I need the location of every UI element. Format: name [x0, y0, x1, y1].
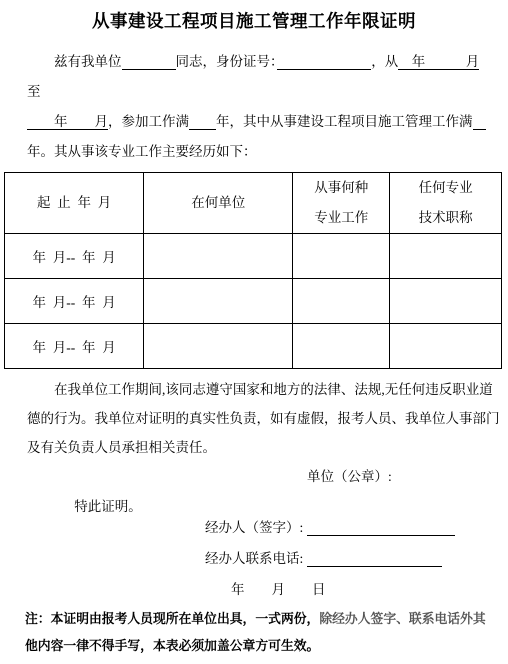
column-header: 任何专业技术职称 — [390, 173, 502, 234]
document-body: 兹有我单位 同志，身份证号： ，从 年 月 至 年 月，参加工作满 年，其中从事… — [27, 47, 501, 660]
intro-paragraph: 兹有我单位 同志，身份证号： ，从 年 月 至 年 月，参加工作满 年，其中从事… — [27, 47, 501, 167]
column-header-line: 任何专业 — [390, 173, 501, 203]
text-segment: 经办人（签字）: — [205, 520, 307, 535]
signature-block: 经办人（签字）: 经办人联系电话: 年 月 日 — [27, 512, 501, 605]
text-segment: 年。其从事该专业工作主要经历如下： — [27, 144, 257, 159]
period-cell: 年 月-- 年 月 — [5, 234, 144, 279]
period-cell: 年 月-- 年 月 — [5, 324, 144, 369]
column-header-line: 技术职称 — [390, 203, 501, 233]
intro-line-3: 年 月，参加工作满 年，其中从事建设工程项目施工管理工作满 — [27, 107, 501, 137]
empty-cell — [390, 279, 502, 324]
text-segment: 除经办人签字、联系电话外其 — [319, 612, 485, 626]
text-segment: 他内容一律不得手写，本表必须加盖公章方可生效。 — [25, 639, 319, 653]
responsibility-statement: 在我单位工作期间,该同志遵守国家和地方的法律、法规,无任何违反职业道德的行为。我… — [27, 375, 501, 462]
text-segment: 经办人联系电话: — [205, 551, 307, 566]
empty-cell — [144, 234, 293, 279]
blank-underline-field — [277, 54, 372, 70]
column-header-line: 从事何种 — [293, 173, 389, 203]
paragraph-line: 德的行为。我单位对证明的真实性负责，如有虚假，报考人员、我单位人事部门 — [27, 404, 501, 433]
column-header: 起 止 年 月 — [5, 173, 144, 234]
certify-line: 特此证明。 单位（公章）: — [27, 462, 501, 492]
text-segment: 兹有我单位 — [54, 54, 122, 69]
empty-cell — [144, 279, 293, 324]
footnote: 注：本证明由报考人员现所在单位出具，一式两份，除经办人签字、联系电话外其 他内容… — [25, 606, 501, 660]
column-header-line: 起 止 年 月 — [5, 188, 143, 218]
text-segment: ，参加工作满 — [108, 114, 189, 129]
text-segment: 注：本证明由报考人员现所在单位出具，一式两份， — [25, 612, 319, 626]
text-segment: 至 — [27, 84, 41, 99]
text-segment: ，从 — [371, 54, 398, 69]
blank-underline-field — [122, 54, 176, 70]
footnote-line-1: 注：本证明由报考人员现所在单位出具，一式两份，除经办人签字、联系电话外其 — [25, 606, 501, 633]
document-title: 从事建设工程项目施工管理工作年限证明 — [0, 0, 508, 33]
column-header-line: 在何单位 — [144, 188, 292, 218]
empty-cell — [390, 234, 502, 279]
unit-seal-label: 单位（公章）: — [307, 462, 392, 492]
empty-cell — [144, 324, 293, 369]
column-header: 从事何种专业工作 — [293, 173, 390, 234]
intro-line-1: 兹有我单位 同志，身份证号： ，从 年 月 — [27, 47, 501, 77]
table-row: 年 月-- 年 月 — [5, 279, 502, 324]
blank-underline-field — [307, 520, 456, 536]
table-row: 年 月-- 年 月 — [5, 234, 502, 279]
date-line: 年 月 日 — [231, 574, 501, 605]
blank-underline-field: 年 月 — [27, 114, 108, 130]
blank-underline-field: 年 月 — [398, 54, 479, 70]
column-header: 在何单位 — [144, 173, 293, 234]
certify-text: 特此证明。 — [74, 499, 142, 514]
period-cell: 年 月-- 年 月 — [5, 279, 144, 324]
empty-cell — [293, 324, 390, 369]
footnote-line-2: 他内容一律不得手写，本表必须加盖公章方可生效。 — [25, 633, 501, 660]
empty-cell — [293, 279, 390, 324]
paragraph-line: 及有关负责人员承担相关责任。 — [27, 433, 501, 462]
blank-underline-field — [473, 114, 487, 130]
table-body: 年 月-- 年 月年 月-- 年 月年 月-- 年 月 — [5, 234, 502, 369]
empty-cell — [390, 324, 502, 369]
work-experience-table: 起 止 年 月在何单位从事何种专业工作任何专业技术职称 年 月-- 年 月年 月… — [4, 172, 502, 369]
intro-line-2: 至 — [27, 77, 501, 107]
column-header-line: 专业工作 — [293, 203, 389, 233]
paragraph-line: 在我单位工作期间,该同志遵守国家和地方的法律、法规,无任何违反职业道 — [27, 375, 501, 404]
certificate-document: 从事建设工程项目施工管理工作年限证明 兹有我单位 同志，身份证号： ，从 年 月… — [0, 0, 508, 664]
empty-cell — [293, 234, 390, 279]
intro-line-4: 年。其从事该专业工作主要经历如下： — [27, 137, 501, 167]
table-header-row: 起 止 年 月在何单位从事何种专业工作任何专业技术职称 — [5, 173, 502, 234]
text-segment: 年，其中从事建设工程项目施工管理工作满 — [216, 114, 473, 129]
table-row: 年 月-- 年 月 — [5, 324, 502, 369]
text-segment: 同志，身份证号： — [176, 54, 277, 69]
table-header: 起 止 年 月在何单位从事何种专业工作任何专业技术职称 — [5, 173, 502, 234]
handler-phone-line: 经办人联系电话: — [205, 543, 501, 574]
handler-signature-line: 经办人（签字）: — [205, 512, 501, 543]
blank-underline-field — [189, 114, 216, 130]
blank-underline-field — [307, 551, 442, 567]
